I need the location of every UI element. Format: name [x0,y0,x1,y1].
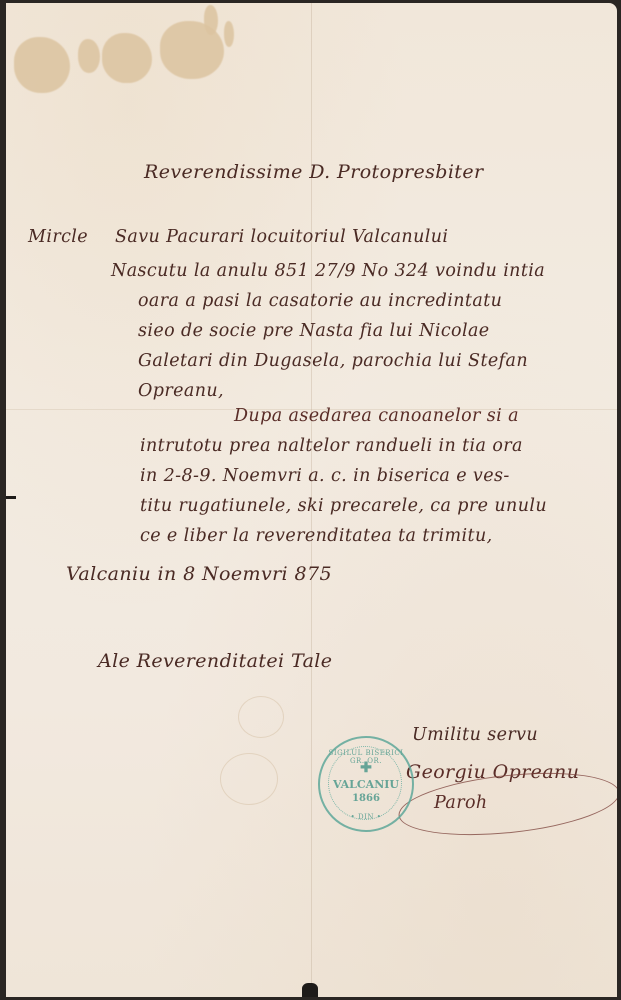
body-line-2: Nascutu la anulu 851 27/9 No 324 voindu … [111,261,545,281]
water-stain [14,37,70,93]
faded-stamp-impression [238,696,284,738]
signature-sign-off: Umilitu servu [412,725,538,745]
stamp-year: 1866 [320,793,412,804]
signature-title: Paroh [434,793,488,813]
body-line-1: Savu Pacurari locuitoriul Valcanului [115,227,448,247]
body-line-11: ce e liber la reverenditatea ta trimitu, [140,526,493,546]
body-line-4: sieo de socie pre Nasta fia lui Nicolae [138,321,490,341]
body-line-8: intrutotu prea naltelor randueli in tia … [140,436,523,456]
document-sheet: Reverendissime D. Protopresbiter Mircle … [6,3,617,997]
body-line-6: Opreanu, [138,381,224,401]
water-stain [224,21,234,47]
body-line-9: in 2-8-9. Noemvri a. c. in biserica e ve… [140,466,510,486]
water-stain [102,33,152,83]
edge-tear [6,496,16,499]
church-seal-stamp: SIGILUL BISERICI GR. OR. ✚ VALCANIU 1866… [318,736,414,832]
water-stain [204,5,218,35]
closing-line: Ale Reverenditatei Tale [98,650,332,672]
body-line-5: Galetari din Dugasela, parochia lui Stef… [138,351,528,371]
margin-name: Mircle [28,227,88,247]
body-line-10: titu rugatiunele, ski precarele, ca pre … [140,496,547,516]
body-line-3: oara a pasi la casatorie au incredintatu [138,291,502,311]
stamp-rim-text-bottom: • DIN • [320,813,412,821]
stamp-place: VALCANIU [320,778,412,791]
body-line-7: Dupa asedarea canoanelor si a [234,406,519,426]
salutation-heading: Reverendissime D. Protopresbiter [144,161,483,183]
place-date: Valcaniu in 8 Noemvri 875 [66,563,332,585]
faded-stamp-impression [220,753,278,805]
cross-icon: ✚ [320,760,412,776]
edge-tear [302,983,318,997]
water-stain [78,39,100,73]
